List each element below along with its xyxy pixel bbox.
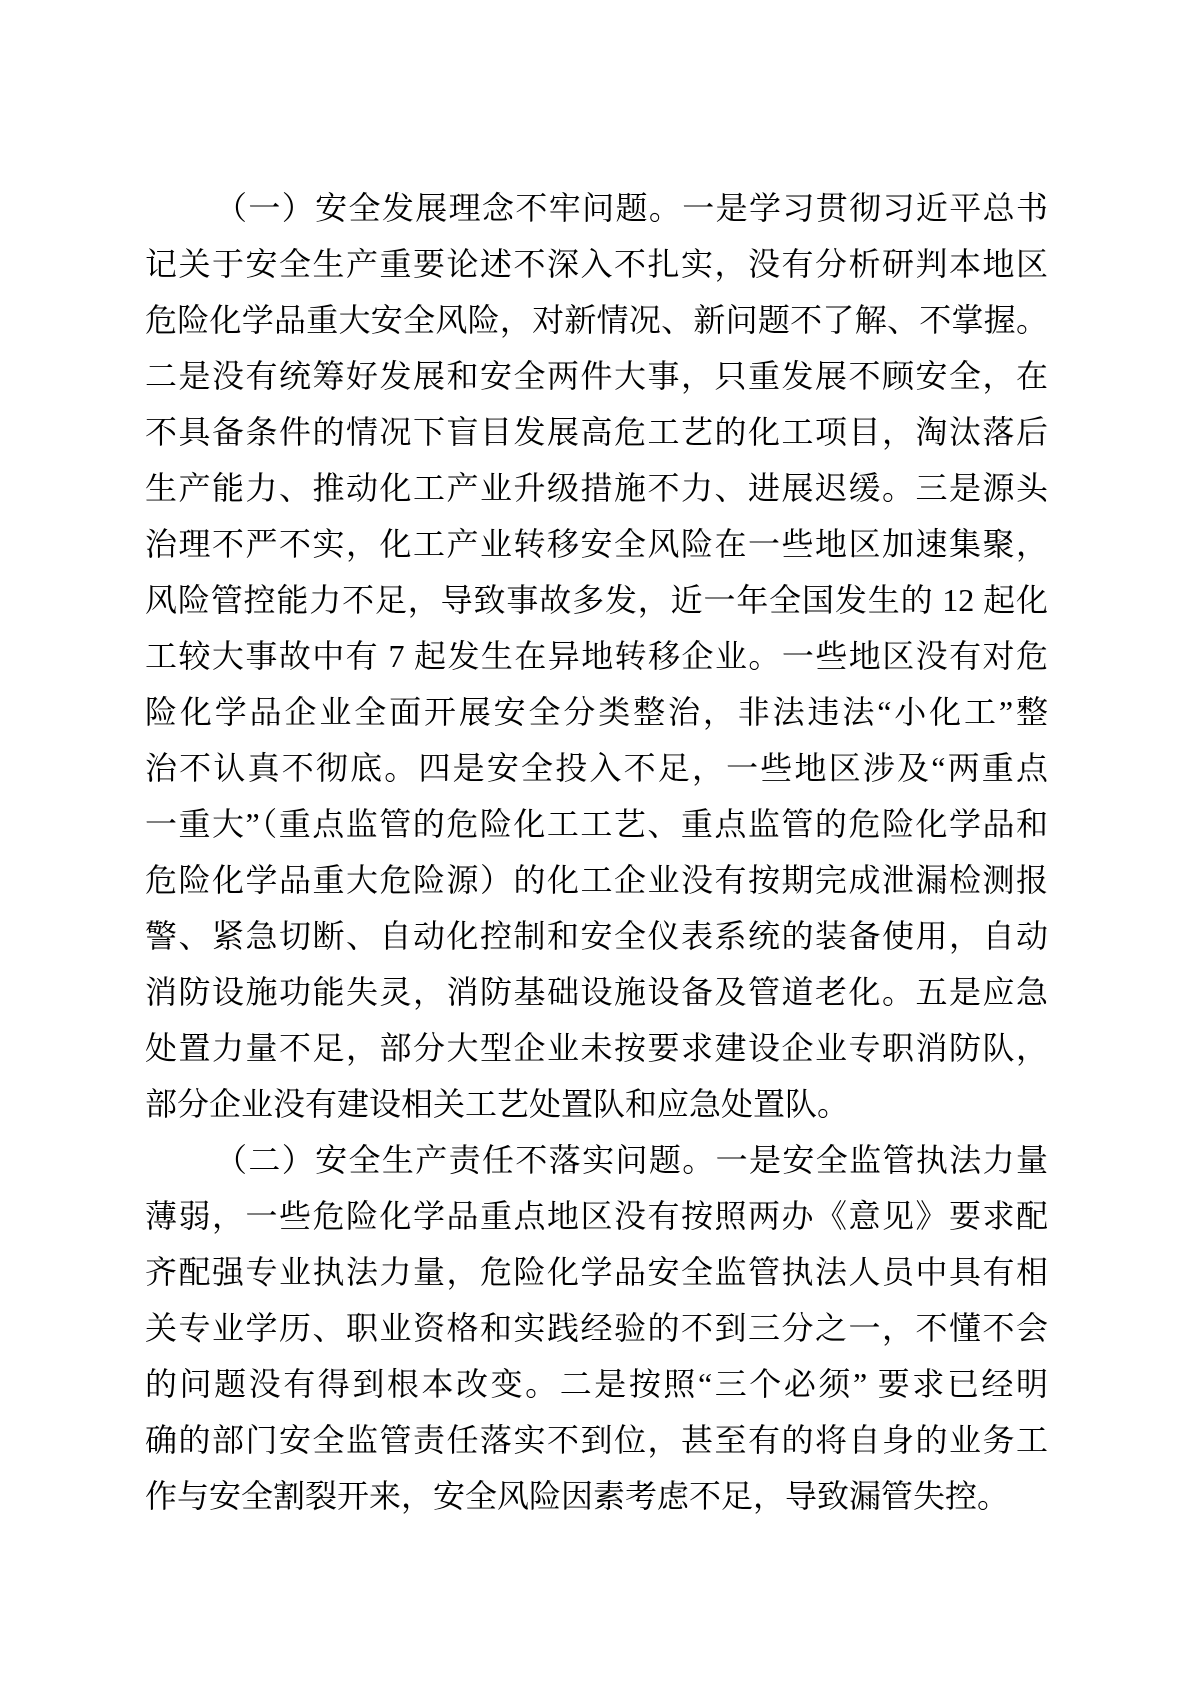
text-line: 的问题没有得到根本改变。二是按照“三个必须” 要求已经明	[145, 1356, 1048, 1412]
text-line: （一）安全发展理念不牢问题。一是学习贯彻习近平总书	[145, 180, 1048, 236]
text-line: 危险化学品重大危险源）的化工企业没有按期完成泄漏检测报	[145, 852, 1048, 908]
text-line: 治不认真不彻底。四是安全投入不足，一些地区涉及“两重点	[145, 740, 1048, 796]
text-line: 生产能力、推动化工产业升级措施不力、进展迟缓。三是源头	[145, 460, 1048, 516]
text-line: 治理不严不实，化工产业转移安全风险在一些地区加速集聚，	[145, 516, 1048, 572]
text-line: 消防设施功能失灵，消防基础设施设备及管道老化。五是应急	[145, 964, 1048, 1020]
paragraph-2: （二）安全生产责任不落实问题。一是安全监管执法力量薄弱，一些危险化学品重点地区没…	[145, 1132, 1048, 1524]
paragraph-1: （一）安全发展理念不牢问题。一是学习贯彻习近平总书记关于安全生产重要论述不深入不…	[145, 180, 1048, 1132]
text-line: （二）安全生产责任不落实问题。一是安全监管执法力量	[145, 1132, 1048, 1188]
text-line: 不具备条件的情况下盲目发展高危工艺的化工项目，淘汰落后	[145, 404, 1048, 460]
document-content: （一）安全发展理念不牢问题。一是学习贯彻习近平总书记关于安全生产重要论述不深入不…	[145, 180, 1048, 1524]
text-line: 工较大事故中有 7 起发生在异地转移企业。一些地区没有对危	[145, 628, 1048, 684]
text-line: 警、紧急切断、自动化控制和安全仪表系统的装备使用，自动	[145, 908, 1048, 964]
text-line: 确的部门安全监管责任落实不到位，甚至有的将自身的业务工	[145, 1412, 1048, 1468]
text-line: 薄弱，一些危险化学品重点地区没有按照两办《意见》要求配	[145, 1188, 1048, 1244]
text-line: 关专业学历、职业资格和实践经验的不到三分之一，不懂不会	[145, 1300, 1048, 1356]
document-page: （一）安全发展理念不牢问题。一是学习贯彻习近平总书记关于安全生产重要论述不深入不…	[0, 0, 1190, 1683]
text-line: 齐配强专业执法力量，危险化学品安全监管执法人员中具有相	[145, 1244, 1048, 1300]
text-line: 险化学品企业全面开展安全分类整治，非法违法“小化工”整	[145, 684, 1048, 740]
text-line: 危险化学品重大安全风险，对新情况、新问题不了解、不掌握。	[145, 292, 1048, 348]
text-line: 作与安全割裂开来，安全风险因素考虑不足，导致漏管失控。	[145, 1468, 1048, 1524]
text-line: 二是没有统筹好发展和安全两件大事，只重发展不顾安全，在	[145, 348, 1048, 404]
text-line: 一重大”（重点监管的危险化工工艺、重点监管的危险化学品和	[145, 796, 1048, 852]
text-line: 记关于安全生产重要论述不深入不扎实，没有分析研判本地区	[145, 236, 1048, 292]
text-line: 风险管控能力不足，导致事故多发，近一年全国发生的 12 起化	[145, 572, 1048, 628]
text-line: 部分企业没有建设相关工艺处置队和应急处置队。	[145, 1076, 1048, 1132]
text-line: 处置力量不足，部分大型企业未按要求建设企业专职消防队，	[145, 1020, 1048, 1076]
